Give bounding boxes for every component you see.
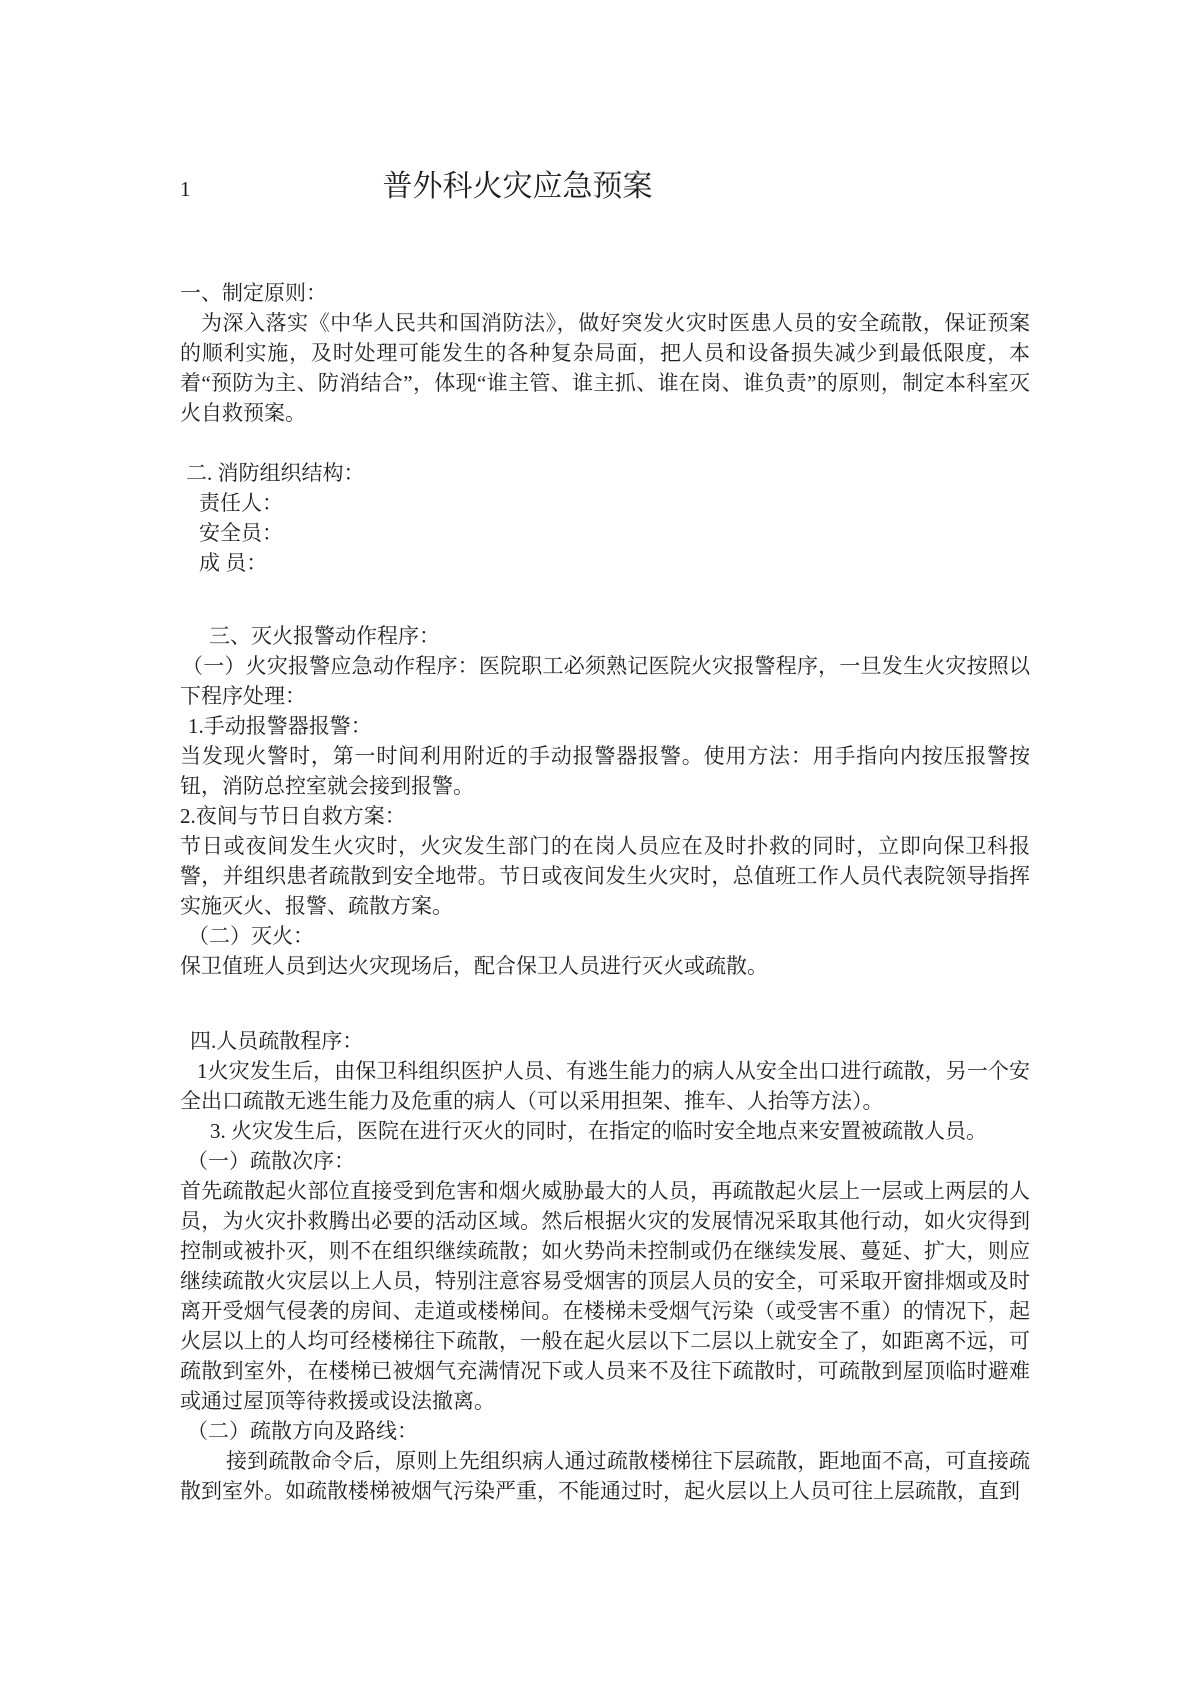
doc-title: 普外科火灾应急预案 (383, 170, 653, 204)
para-evac-order-heading: （一）疏散次序： (180, 1146, 1030, 1176)
section-2-heading: 二. 消防组织结构： (180, 458, 1030, 488)
para-extinguish-body: 保卫值班人员到达火灾现场后，配合保卫人员进行灭火或疏散。 (180, 951, 1030, 981)
section-3-heading: 三、灭火报警动作程序： (180, 621, 1030, 651)
para-manual-alarm-heading: 1.手动报警器报警： (180, 711, 1030, 741)
member-line-safety-officer: 安全员： (180, 518, 1030, 548)
para-evac-route-heading: （二）疏散方向及路线： (180, 1416, 1030, 1446)
document-page: 1 普外科火灾应急预案 一、制定原则： 为深入落实《中华人民共和国消防法》，做好… (180, 0, 1030, 1684)
title-row: 1 普外科火灾应急预案 (180, 0, 1030, 216)
para-extinguish-heading: （二）灭火： (180, 921, 1030, 951)
section-4-heading: 四.人员疏散程序： (180, 1026, 1030, 1056)
para-evacuation-step1: 1火灾发生后，由保卫科组织医护人员、有逃生能力的病人从安全出口进行疏散，另一个安… (180, 1056, 1030, 1116)
section-1-heading: 一、制定原则： (180, 278, 1030, 308)
para-evac-route-body: 接到疏散命令后，原则上先组织病人通过疏散楼梯往下层疏散，距地面不高，可直接疏散到… (180, 1446, 1030, 1506)
member-line-members: 成 员： (180, 548, 1030, 578)
para-night-holiday-heading: 2.夜间与节日自救方案： (180, 801, 1030, 831)
page-number: 1 (180, 179, 191, 200)
para-evacuation-step3: 3. 火灾发生后，医院在进行灭火的同时，在指定的临时安全地点来安置被疏散人员。 (180, 1116, 1030, 1146)
member-line-responsible: 责任人： (180, 488, 1030, 518)
para-night-holiday-body: 节日或夜间发生火灾时，火灾发生部门的在岗人员应在及时扑救的同时，立即向保卫科报警… (180, 831, 1030, 921)
para-fire-alarm-procedure: （一）火灾报警应急动作程序：医院职工必须熟记医院火灾报警程序，一旦发生火灾按照以… (180, 651, 1030, 711)
para-evac-order-body: 首先疏散起火部位直接受到危害和烟火威胁最大的人员，再疏散起火层上一层或上两层的人… (180, 1176, 1030, 1416)
para-manual-alarm-body: 当发现火警时，第一时间利用附近的手动报警器报警。使用方法：用手指向内按压报警按钮… (180, 741, 1030, 801)
section-1-body: 为深入落实《中华人民共和国消防法》，做好突发火灾时医患人员的安全疏散，保证预案的… (180, 308, 1030, 428)
